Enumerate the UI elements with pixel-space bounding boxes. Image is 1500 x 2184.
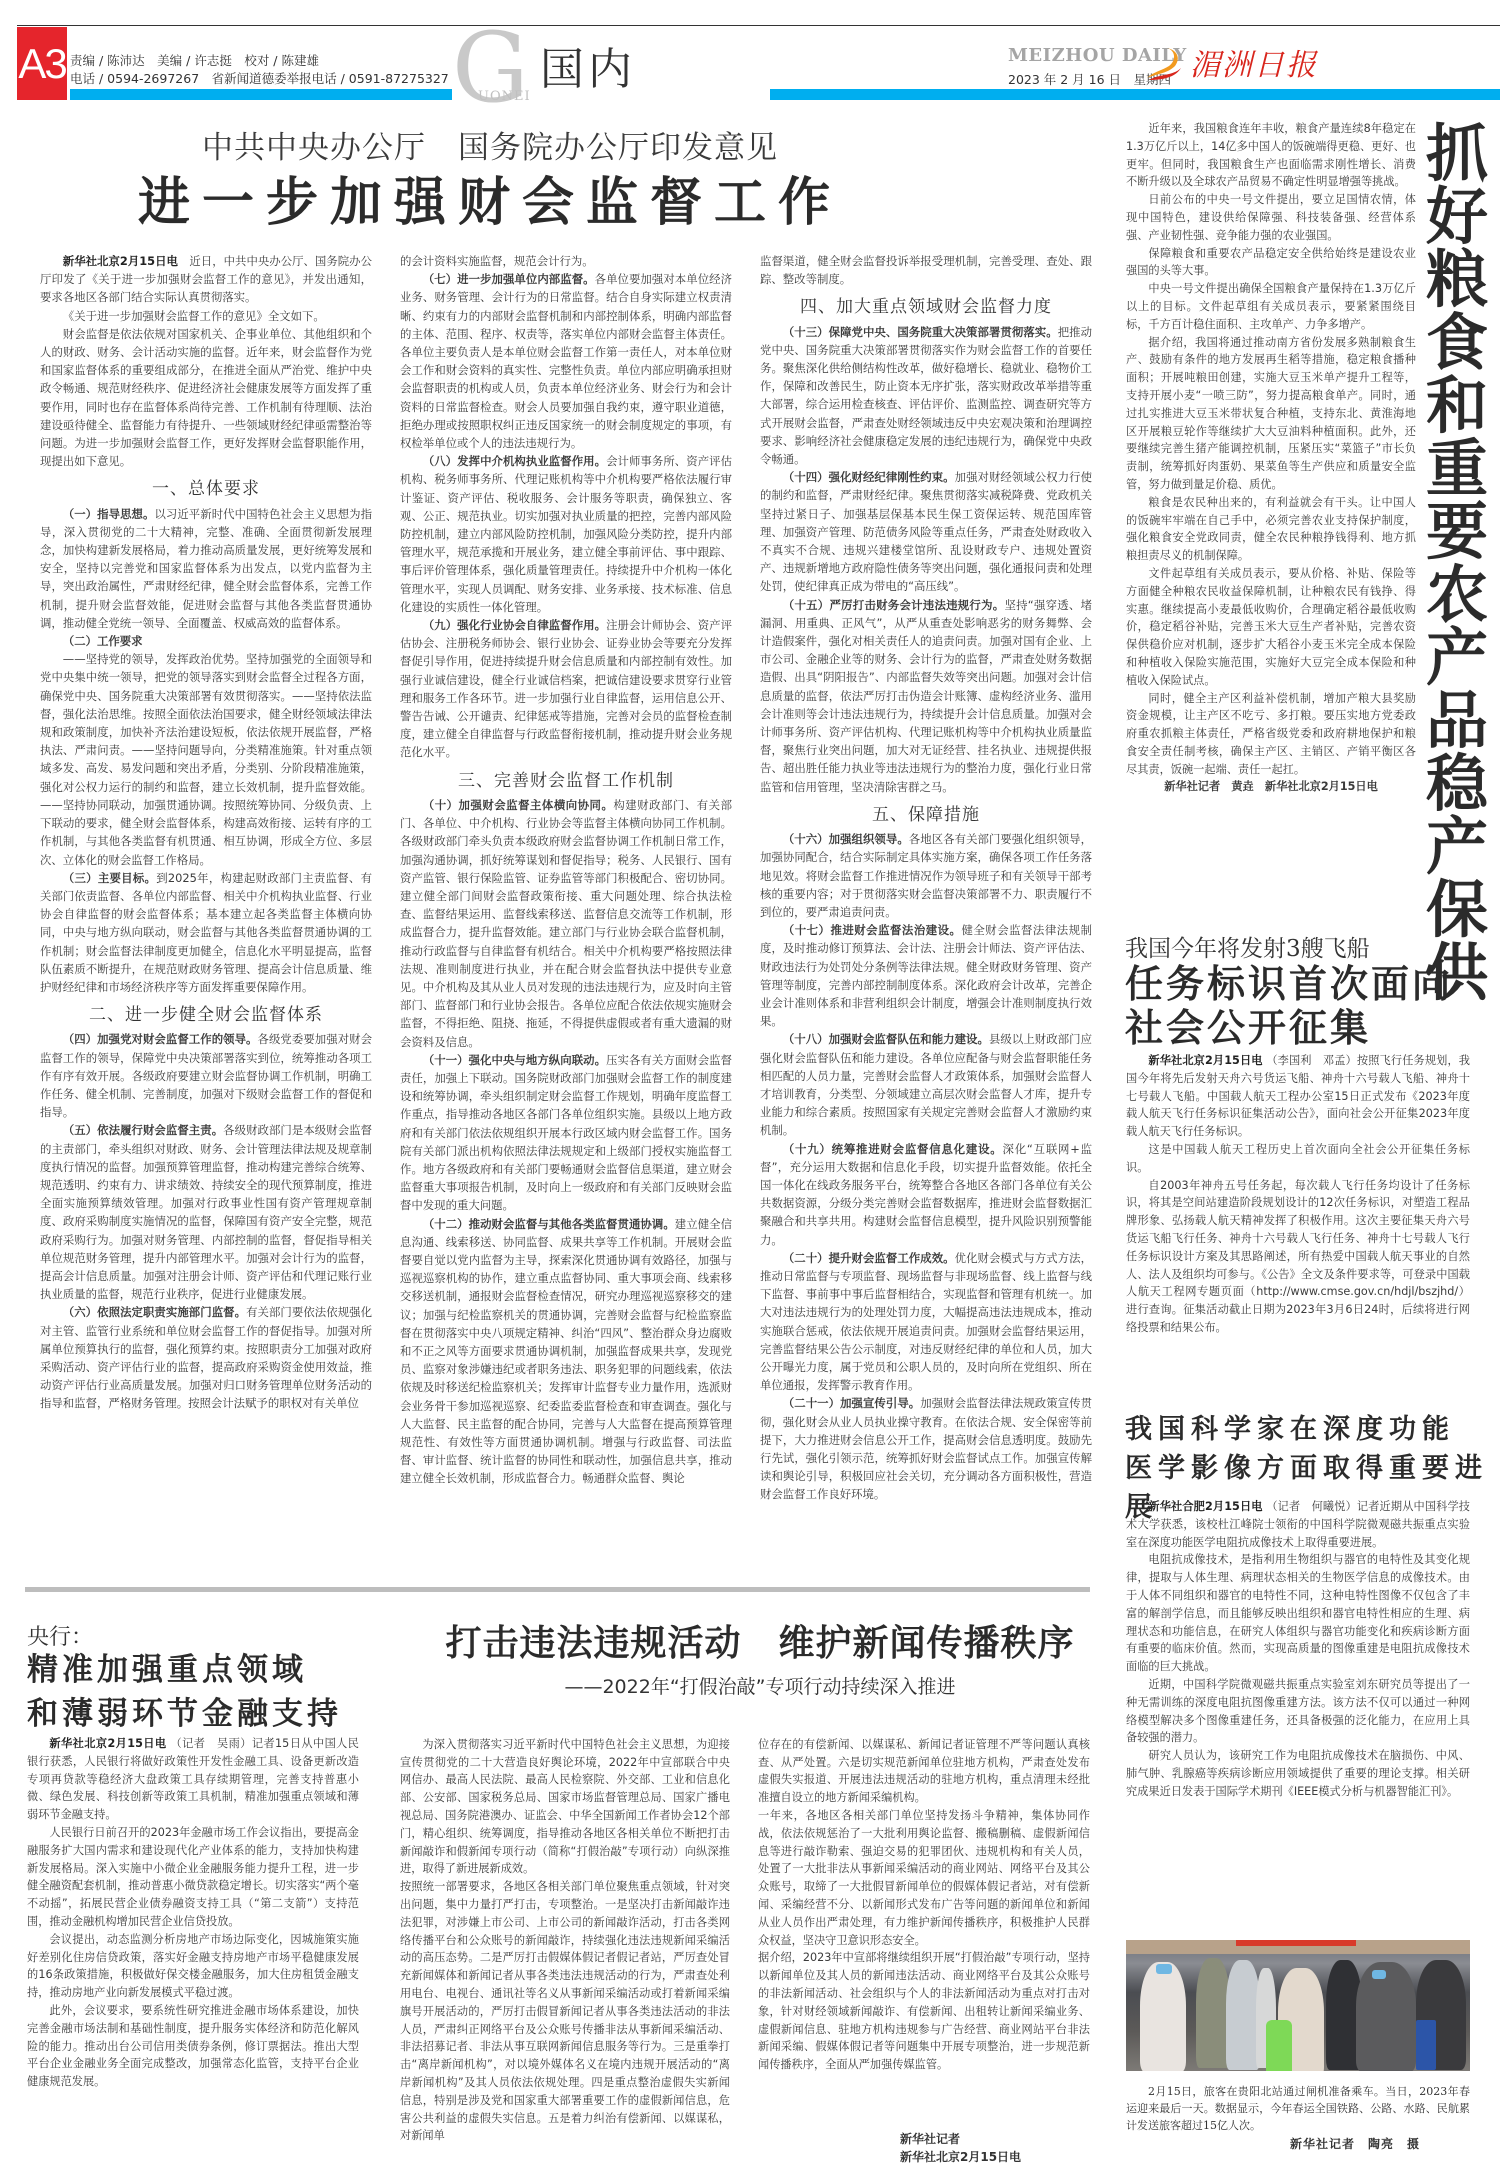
paragraph: 日前公布的中央一号文件提出，要立足国情农情，体现中国特色，建设供给保障强、科技装… (1126, 191, 1416, 244)
paragraph: 会议提出，动态监测分析房地产市场边际变化，因城施策实施好差别化住房信贷政策，落实… (27, 1931, 359, 2002)
paragraph: 此外，会议要求，要系统性研究推进金融市场体系建设，加快完善金融市场法制和基础性制… (27, 2002, 359, 2091)
subsection-lead: （三）主要目标。 (63, 871, 156, 885)
section-heading: 三、完善财会监督工作机制 (400, 772, 732, 790)
section-heading: 五、保障措施 (760, 806, 1092, 824)
headline-line: 精准加强重点领域 (27, 1648, 342, 1692)
paragraph: 这是中国载人航天工程历史上首次面向全社会公开征集任务标识。 (1126, 1141, 1470, 1177)
byline-reporter: 新华社记者 (900, 2130, 1021, 2148)
paragraph: 自2003年神舟五号任务起，每次载人飞行任务均设计了任务标识，将其是空间站建造阶… (1126, 1177, 1470, 1337)
main-article-column-1: 新华社北京2月15日电 近日，中共中央办公厅、国务院办公厅印发了《关于进一步加强… (40, 252, 372, 1522)
subsection-lead: （十）加强财会监督主体横向协同。 (423, 798, 614, 812)
byline-dateline: 新华社北京2月15日电 (900, 2148, 1021, 2166)
subsection-lead: （五）依法履行财会监督主责。 (63, 1123, 223, 1137)
paragraph: 据介绍，我国将通过推动南方省份发展多熟制粮食生产、鼓励有条件的地方发展再生稻等措… (1126, 334, 1416, 494)
page-number-badge: A3 (17, 27, 67, 100)
subsection-lead: （二十）提升财会监督工作成效。 (783, 1251, 955, 1265)
newspaper-logo-icon (1145, 44, 1185, 84)
photo-caption: 2月15日，旅客在贵阳北站通过闸机准备乘车。当日，2023年春运迎来最后一天。数… (1126, 2083, 1470, 2134)
paragraph: 到2025年，构建起财政部门主责监督、有关部门依责监督、各单位内部监督、相关中介… (40, 871, 372, 994)
dateline: 新华社北京2月15日电 (49, 1737, 166, 1750)
paragraph: 各单位要加强对本单位经济业务、财务管理、会计行为的日常监督。结合自身实际建立权责… (400, 272, 732, 450)
section-heading: 一、总体要求 (40, 480, 372, 498)
paragraph: 加强对财经领域公权力行使的制约和监督，严肃财经纪律。聚焦贯彻落实减税降费、党政机… (760, 470, 1092, 593)
paragraph: 坚持“强穿透、堵漏洞、用重典、正风气”，从严从重查处影响恶劣的财务舞弊、会计造假… (760, 598, 1092, 794)
paragraph: 文件起草组有关成员表示，要从价格、补贴、保险等方面健全种粮农民收益保障机制，让种… (1126, 565, 1416, 690)
subsection-lead: （十四）强化财经纪律刚性约束。 (783, 470, 955, 484)
paragraph: 中央一号文件提出确保全国粮食产量保持在1.3万亿斤以上的目标。文件起草组有关成员… (1126, 280, 1416, 333)
byline: 新华社记者 黄垚 新华社北京2月15日电 (1126, 778, 1416, 796)
paragraph: ——坚持党的领导，发挥政治优势。坚持加强党的全面领导和党中央集中统一领导，把党的… (40, 650, 372, 868)
pboc-article-body: 新华社北京2月15日电 （记者 吴雨）记者15日从中国人民银行获悉，人民银行将做… (27, 1735, 359, 2175)
subsection-lead: （十一）强化中央与地方纵向联动。 (423, 1053, 606, 1067)
main-article-headline: 进一步加强财会监督工作 (65, 160, 915, 235)
paragraph: 以习近平新时代中国特色社会主义思想为指导，深入贯彻党的二十大精神，完整、准确、全… (40, 507, 372, 630)
dateline: 新华社合肥2月15日电 (1148, 1500, 1262, 1513)
paragraph: 近期，中国科学院微观磁共振重点实验室刘东研究员等提出了一种无需训练的深度电阻抗图… (1126, 1676, 1470, 1747)
headline-line: 任务标识首次面向 (1125, 962, 1453, 1006)
news-order-column-2: 位存在的有偿新闻、以媒谋私、新闻记者证管理不严等问题认真核查、从严处置。六是切实… (758, 1718, 1090, 2138)
paragraph: 同时，健全主产区利益补偿机制，增加产粮大县奖励资金规模，让主产区不吃亏、多打粮。… (1126, 690, 1416, 779)
subsection-lead: （十六）加强组织领导。 (783, 832, 909, 846)
headline-line: 社会公开征集 (1125, 1006, 1453, 1050)
photo-credit: 新华社记者 陶亮 摄 (1290, 2135, 1420, 2152)
paragraph: 人民银行日前召开的2023年金融市场工作会议指出，要提高金融服务扩大国内需求和建… (27, 1824, 359, 1931)
paragraph: 研究人员认为，该研究工作为电阻抗成像技术在脑损伤、中风、肺气肿、乳腺癌等疾病诊断… (1126, 1747, 1470, 1800)
subsection-lead: （十二）推动财会监督与其他各类监督贯通协调。 (423, 1217, 675, 1231)
space-article-kicker: 我国今年将发射3艘飞船 (1125, 930, 1370, 963)
reporters: （李国利 邓孟） (1266, 1054, 1357, 1067)
paragraph: 加强财会监督法律法规政策宣传贯彻，强化财会从业人员执业操守教育。在依法合规、安全… (760, 1396, 1092, 1501)
paragraph: 为深入贯彻落实习近平新时代中国特色社会主义思想，为迎接宣传贯彻党的二十大营造良好… (400, 1736, 730, 2145)
subsection-lead: （二）工作要求 (40, 632, 372, 650)
paragraph: 会计师事务所、资产评估机构、税务师事务所、代理记账机构等中介机构要严格依法履行审… (400, 454, 732, 614)
dateline: 新华社北京2月15日电 (63, 254, 178, 268)
subsection-lead: （十八）加强财会监督队伍和能力建设。 (783, 1032, 989, 1046)
paragraph: 有关部门要依法依规强化对主管、监管行业系统和单位财会监督工作的督促指导。加强对所… (40, 1305, 372, 1410)
paragraph: 把推动党中央、国务院重大决策部署贯彻落实作为财会监督工作的首要任务。聚焦深化供给… (760, 325, 1092, 466)
subsection-lead: （十五）严厉打击财务会计违法违规行为。 (783, 598, 1005, 612)
news-order-subheadline: ——2022年“打假治敲”专项行动持续深入推进 (410, 1672, 1110, 1699)
paragraph: 优化财会模式与方式方法，推动日常监督与专项监督、现场监督与非现场监督、线上监督与… (760, 1251, 1092, 1392)
dateline: 新华社北京2月15日电 (1148, 1054, 1262, 1067)
top-rule (17, 25, 1500, 26)
main-article-column-3: 监督渠道，健全财会监督投诉举报受理机制，完善受理、查处、跟踪、整改等制度。 四、… (760, 252, 1092, 1522)
news-photo-train-station (1126, 1940, 1470, 2071)
paragraph: 县级以上财政部门应强化财会监督队伍和能力建设。各单位应配备与财会监督职能任务相匹… (760, 1032, 1092, 1137)
paragraph: 建立健全信息沟通、线索移送、协同监督、成果共享等工作机制。开展财会监督要自觉以党… (400, 1217, 732, 1486)
space-article-headline: 任务标识首次面向 社会公开征集 (1125, 962, 1453, 1050)
paragraph: 《关于进一步加强财会监督工作的意见》全文如下。 (40, 307, 372, 325)
paragraph: 财会监督是依法依规对国家机关、企事业单位、其他组织和个人的财政、财务、会计活动实… (40, 325, 372, 471)
paragraph: 深化“互联网+监督”，充分运用大数据和信息化手段，切实提升监督效能。依托全国一体… (760, 1142, 1092, 1247)
section-divider (25, 1587, 1090, 1592)
paragraph: 注册会计师协会、资产评估协会、注册税务师协会、银行业协会、证券业协会等要充分发挥… (400, 618, 732, 759)
paragraph: 近年来，我国粮食连年丰收，粮食产量连续8年稳定在1.3万亿斤以上，14亿多中国人… (1126, 120, 1416, 191)
paragraph: 保障粮食和重要农产品稳定安全供给始终是建设农业强国的头等大事。 (1126, 245, 1416, 281)
paragraph: 各级财政部门是本级财会监督的主责部门，牵头组织对财政、财务、会计管理法律法规及规… (40, 1123, 372, 1301)
subsection-lead: （一）指导思想。 (63, 507, 155, 521)
section-pinyin: UONEI (478, 89, 531, 104)
credits-phones: 电话 / 0594-2697267 省新闻道德委举报电话 / 0591-8727… (70, 70, 449, 88)
paragraph: 粮食是农民种出来的，有利益就会有干头。让中国人的饭碗牢牢端在自己手中，必须完善农… (1126, 494, 1416, 565)
headline-line: 和薄弱环节金融支持 (27, 1692, 342, 1736)
paragraph: 监督渠道，健全财会监督投诉举报受理机制，完善受理、查处、跟踪、整改等制度。 (760, 252, 1092, 288)
editor-credits: 责编 / 陈沛达 美编 / 许志挺 校对 / 陈建雄 电话 / 0594-269… (70, 52, 449, 88)
news-order-column-1: 为深入贯彻落实习近平新时代中国特色社会主义思想，为迎接宣传贯彻党的二十大营造良好… (400, 1718, 730, 2178)
paragraph: 电阻抗成像技术，是指利用生物组织与器官的电特性及其变化规律，提取与人体生理、病理… (1126, 1551, 1470, 1676)
section-heading: 四、加大重点领域财会监督力度 (760, 298, 1092, 316)
paragraph: 位存在的有偿新闻、以媒谋私、新闻记者证管理不严等问题认真核查、从严处置。六是切实… (758, 1736, 1090, 2074)
grain-article-body: 近年来，我国粮食连年丰收，粮食产量连续8年稳定在1.3万亿斤以上，14亿多中国人… (1126, 120, 1416, 890)
newspaper-logo-text: 湄洲日报 (1190, 40, 1318, 84)
reporters: （记者 何曦悦） (1266, 1500, 1357, 1513)
subsection-lead: （六）依照法定职责实施部门监督。 (63, 1305, 246, 1319)
header-bar-right (770, 89, 1500, 100)
headline-line: 我国科学家在深度功能 (1125, 1410, 1500, 1449)
grain-article-headline: 抓好粮食和重要农产品稳产保供 (1420, 122, 1494, 1004)
main-article-column-2: 的会计资料实施监督，规范会计行为。 （七）进一步加强单位内部监督。各单位要加强对… (400, 252, 732, 1522)
subsection-lead: （十九）统筹推进财会监督信息化建设。 (783, 1142, 1003, 1156)
header-bar-left (70, 89, 452, 100)
paragraph: 的会计资料实施监督，规范会计行为。 (400, 252, 732, 270)
pboc-article-kicker: 央行： (27, 1620, 93, 1651)
subsection-lead: （十三）保障党中央、国务院重大决策部署贯彻落实。 (783, 325, 1058, 339)
space-article-body: 新华社北京2月15日电 （李国利 邓孟）按照飞行任务规划，我国今年将先后发射天舟… (1126, 1052, 1470, 1387)
section-title: 国内 (540, 33, 636, 97)
paragraph: 压实各有关方面财会监督责任，加强上下联动。国务院财政部门加强财会监督工作的制度建… (400, 1053, 732, 1213)
news-order-byline: 新华社记者 新华社北京2月15日电 (900, 2130, 1021, 2166)
subsection-lead: （十七）推进财会监督法治建设。 (783, 923, 962, 937)
section-heading: 二、进一步健全财会监督体系 (40, 1006, 372, 1024)
science-article-body: 新华社合肥2月15日电 （记者 何曦悦）记者近期从中国科学技术大学获悉，该校杜江… (1126, 1498, 1470, 1928)
reporters: （记者 吴雨） (171, 1737, 252, 1750)
subsection-lead: （二十一）加强宣传引导。 (783, 1396, 920, 1410)
pboc-article-headline: 精准加强重点领域 和薄弱环节金融支持 (27, 1648, 342, 1736)
subsection-lead: （四）加强党对财会监督工作的领导。 (63, 1032, 258, 1046)
caption-text: 2月15日，旅客在贵阳北站通过闸机准备乘车。当日，2023年春运迎来最后一天。数… (1126, 2083, 1470, 2134)
credits-editors: 责编 / 陈沛达 美编 / 许志挺 校对 / 陈建雄 (70, 52, 449, 70)
subsection-lead: （七）进一步加强单位内部监督。 (423, 272, 595, 286)
subsection-lead: （九）强化行业协会自律监督作用。 (423, 618, 606, 632)
paragraph: 构建财政部门、有关部门、各单位、中介机构、行业协会等监督主体横向协同工作机制。各… (400, 798, 732, 1049)
paragraph: 健全财会监督法律法规制度，及时推动修订预算法、会计法、注册会计师法、资产评估法、… (760, 923, 1092, 1028)
news-order-headline: 打击违法违规活动 维护新闻传播秩序 (410, 1615, 1110, 1666)
subsection-lead: （八）发挥中介机构执业监督作用。 (423, 454, 606, 468)
